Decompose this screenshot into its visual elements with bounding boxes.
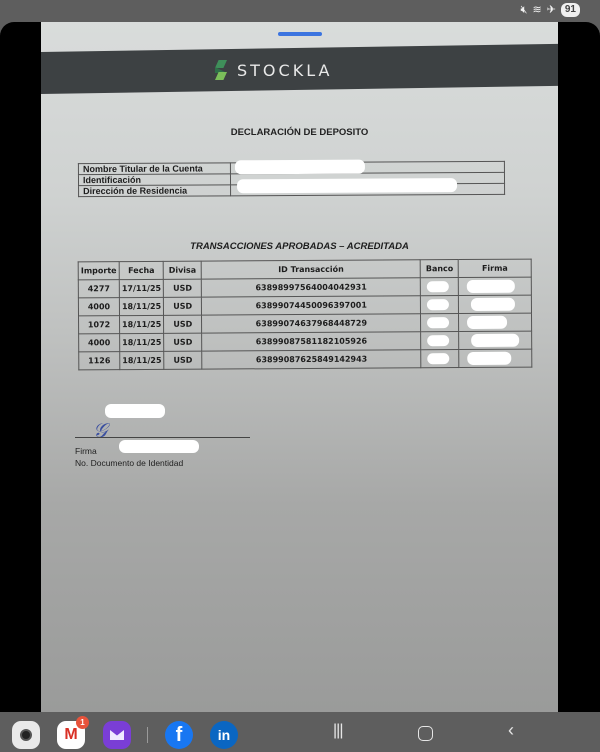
cell-divisa: USD <box>164 297 202 315</box>
linkedin-icon: in <box>218 727 230 743</box>
field-value-redacted <box>231 183 505 195</box>
cell-id: 63899087625849142943 <box>202 350 421 369</box>
cell-fecha: 17/11/25 <box>119 279 163 297</box>
facebook-icon: f <box>176 724 183 747</box>
signature-line <box>75 437 250 438</box>
cell-fecha: 18/11/25 <box>120 333 164 351</box>
home-button[interactable] <box>418 726 433 741</box>
brand-logo: STOCKLA <box>213 60 332 80</box>
field-label: Identificación <box>78 174 230 186</box>
account-holder-table: Nombre Titular de la Cuenta Identificaci… <box>78 161 505 197</box>
camera-app[interactable] <box>12 721 40 749</box>
cell-firma-redacted <box>459 277 532 295</box>
recent-apps-button[interactable]: ||| <box>333 722 342 740</box>
brand-name: STOCKLA <box>237 61 332 80</box>
cell-fecha: 18/11/25 <box>120 351 164 369</box>
cell-importe: 1126 <box>79 352 120 370</box>
document-id-label: No. Documento de Identidad <box>75 458 183 468</box>
cell-divisa: USD <box>164 279 202 297</box>
email-app[interactable] <box>103 721 131 749</box>
handwritten-signature: 𝒢 <box>93 418 107 442</box>
cell-id: 63899074637968448729 <box>202 314 421 333</box>
status-bar: 🔇︎ ≋ ✈ 91 <box>0 0 600 22</box>
cell-banco-redacted <box>421 314 459 332</box>
facebook-app[interactable]: f <box>165 721 193 749</box>
cell-firma-redacted <box>459 331 532 349</box>
document-photo: STOCKLA DECLARACIÓN DE DEPOSITO Nombre T… <box>41 22 558 712</box>
cell-importe: 1072 <box>79 316 120 334</box>
airplane-icon: ✈ <box>547 3 556 17</box>
document-title: DECLARACIÓN DE DEPOSITO <box>41 127 558 138</box>
taskbar: M 1 f in ||| ‹ <box>0 712 600 752</box>
column-header: Firma <box>458 259 531 277</box>
cell-divisa: USD <box>164 315 202 333</box>
camera-icon <box>20 729 32 741</box>
cell-firma-redacted <box>459 295 532 313</box>
column-header: ID Transacción <box>201 260 420 279</box>
cell-firma-redacted <box>459 349 532 367</box>
column-header: Banco <box>421 260 459 278</box>
table-row: Dirección de Residencia <box>79 183 505 196</box>
cell-divisa: USD <box>164 351 202 369</box>
email-icon <box>110 730 124 740</box>
cell-banco-redacted <box>421 350 459 368</box>
redacted-document-number <box>119 440 199 453</box>
cell-firma-redacted <box>459 313 532 331</box>
cell-importe: 4277 <box>78 280 119 298</box>
stockla-logo-icon <box>213 60 229 80</box>
drag-handle[interactable] <box>278 32 322 36</box>
image-viewer[interactable]: STOCKLA DECLARACIÓN DE DEPOSITO Nombre T… <box>0 22 600 712</box>
cell-id: 638989975640040429​31 <box>201 278 420 297</box>
mute-icon: 🔇︎ <box>521 3 528 17</box>
back-button[interactable]: ‹ <box>508 720 514 741</box>
cell-banco-redacted <box>421 332 459 350</box>
column-header: Fecha <box>119 261 163 279</box>
wifi-icon: ≋ <box>532 3 541 17</box>
signature-label: Firma <box>75 446 97 456</box>
cell-fecha: 18/11/25 <box>119 315 163 333</box>
gmail-icon: M <box>64 726 77 744</box>
cell-banco-redacted <box>421 296 459 314</box>
dock-divider <box>147 727 148 743</box>
cell-importe: 4000 <box>79 334 120 352</box>
transactions-table: Importe Fecha Divisa ID Transacción Banc… <box>78 259 533 371</box>
notification-badge: 1 <box>76 716 89 729</box>
cell-id: 63899087581182105926 <box>202 332 421 351</box>
redacted-signature <box>105 404 165 418</box>
cell-id: 63899074450096397001 <box>202 296 421 315</box>
column-header: Divisa <box>163 261 201 279</box>
cell-divisa: USD <box>164 333 202 351</box>
table-row: 112618/11/25USD63899087625849142943 <box>79 349 532 370</box>
column-header: Importe <box>78 262 119 280</box>
battery-indicator: 91 <box>561 3 580 17</box>
cell-importe: 4000 <box>78 298 119 316</box>
transactions-title: TRANSACCIONES APROBADAS – ACREDITADA <box>41 241 558 252</box>
field-label: Dirección de Residencia <box>79 185 231 197</box>
gmail-app[interactable]: M 1 <box>57 721 85 749</box>
cell-fecha: 18/11/25 <box>119 297 163 315</box>
cell-banco-redacted <box>421 278 459 296</box>
linkedin-app[interactable]: in <box>210 721 238 749</box>
field-label: Nombre Titular de la Cuenta <box>78 163 230 175</box>
